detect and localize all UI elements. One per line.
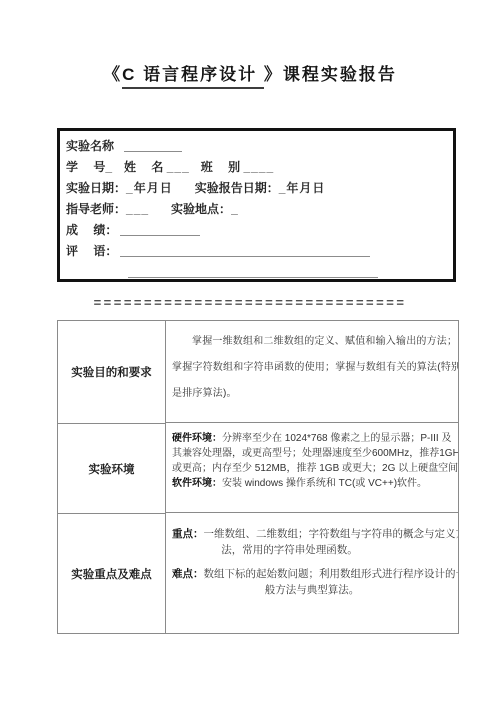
hardware-env-label: 硬件环境： xyxy=(172,433,222,444)
score-label: 成 绩： xyxy=(66,223,117,237)
comment-blank-line-2 xyxy=(128,264,378,278)
student-name-blank: ___ xyxy=(167,160,190,174)
environment-cell: 硬件环境：分辨率至少在 1024*768 像素之上的显示器；P-III 及 其兼… xyxy=(166,424,458,513)
experiment-detail-table: 实验目的和要求 掌握一维数组和二维数组的定义、赋值和输入输出的方法； 掌握字符数… xyxy=(57,320,459,634)
comment-label: 评 语： xyxy=(66,244,117,258)
report-info-box: 实验名称 学 号_姓 名 ___班 别 ____ 实验日期：_年月日实验报告日期… xyxy=(57,128,456,282)
purpose-line-2: 掌握字符数组和字符串函数的使用；掌握与数组有关的算法(特别 xyxy=(172,355,452,381)
title-prefix: 《 xyxy=(103,65,122,84)
experiment-date-value: _年月日 xyxy=(126,181,173,195)
hardware-line-2: 其兼容处理器，或更高型号；处理器速度至少600MHz，推荐1GHz xyxy=(172,446,452,461)
title-course-name: C 语言程序设计 xyxy=(122,65,264,89)
form-line-comment: 评 语： xyxy=(66,241,445,262)
purpose-cell: 掌握一维数组和二维数组的定义、赋值和输入输出的方法； 掌握字符数组和字符串函数的… xyxy=(166,321,458,423)
difficulty-text-1: 数组下标的起始数问题；利用数组形式进行程序设计的一 xyxy=(204,569,459,580)
keypoints-cell: 重点：一维数组、二维数组；字符数组与字符串的概念与定义方 法，常用的字符串处理函… xyxy=(166,514,458,633)
form-line-score: 成 绩： xyxy=(66,220,445,241)
form-line-student-info: 学 号_姓 名 ___班 别 ____ xyxy=(66,157,445,178)
keypoint-line-2: 法，常用的字符串处理函数。 xyxy=(172,543,452,559)
row-header-purpose: 实验目的和要求 xyxy=(58,321,166,424)
software-text: 安装 windows 操作系统和 TC(或 VC++)软件。 xyxy=(222,478,427,489)
purpose-line-3: 是排序算法)。 xyxy=(172,381,452,407)
class-label: 班 别 xyxy=(201,160,240,174)
equals-divider: =============================== xyxy=(0,295,500,310)
student-name-label: 姓 名 xyxy=(124,160,163,174)
teacher-blank: ___ xyxy=(126,202,149,216)
report-date-label: 实验报告日期： xyxy=(195,181,279,195)
report-date-value: _年月日 xyxy=(279,181,326,195)
difficulty-block: 难点：数组下标的起始数问题；利用数组形式进行程序设计的一 般方法与典型算法。 xyxy=(172,567,452,599)
student-id-label: 学 号 xyxy=(66,160,105,174)
experiment-date-label: 实验日期： xyxy=(66,181,126,195)
title-suffix: 》课程实验报告 xyxy=(264,65,397,84)
comment-blank-line-1 xyxy=(120,243,370,257)
difficulty-line-1: 难点：数组下标的起始数问题；利用数组形式进行程序设计的一 xyxy=(172,567,452,583)
row-header-environment: 实验环境 xyxy=(58,424,166,514)
page-title: 《C 语言程序设计 》课程实验报告 xyxy=(0,60,500,85)
form-line-experiment-name: 实验名称 xyxy=(66,136,445,157)
software-line: 软件环境：安装 windows 操作系统和 TC(或 VC++)软件。 xyxy=(172,476,452,491)
teacher-label: 指导老师： xyxy=(66,202,126,216)
software-env-label: 软件环境： xyxy=(172,478,222,489)
experiment-name-blank-line xyxy=(124,138,182,152)
hardware-line-3: 或更高；内存至少 512MB，推荐 1GB 或更大；2G 以上硬盘空间。 xyxy=(172,461,452,476)
report-page: 《C 语言程序设计 》课程实验报告 实验名称 学 号_姓 名 ___班 别 __… xyxy=(0,0,500,707)
form-line-teacher-location: 指导老师：___实验地点：_ xyxy=(66,199,445,220)
keypoint-line-1: 重点：一维数组、二维数组；字符数组与字符串的概念与定义方 xyxy=(172,527,452,543)
location-blank: _ xyxy=(231,202,239,216)
location-label: 实验地点： xyxy=(171,202,231,216)
purpose-line-1: 掌握一维数组和二维数组的定义、赋值和输入输出的方法； xyxy=(172,329,452,355)
difficulty-label: 难点： xyxy=(172,569,204,580)
form-line-comment-2 xyxy=(66,262,445,283)
score-blank-line xyxy=(120,222,200,236)
student-id-blank: _ xyxy=(105,160,113,174)
experiment-name-label: 实验名称 xyxy=(66,139,114,153)
row-header-keypoints: 实验重点及难点 xyxy=(58,514,166,633)
keypoint-block: 重点：一维数组、二维数组；字符数组与字符串的概念与定义方 法，常用的字符串处理函… xyxy=(172,527,452,559)
keypoint-label: 重点： xyxy=(172,529,204,540)
keypoint-text-1: 一维数组、二维数组；字符数组与字符串的概念与定义方 xyxy=(204,529,459,540)
hardware-line-1: 硬件环境：分辨率至少在 1024*768 像素之上的显示器；P-III 及 xyxy=(172,431,452,446)
class-blank: ____ xyxy=(243,160,274,174)
form-line-dates: 实验日期：_年月日实验报告日期：_年月日 xyxy=(66,178,445,199)
difficulty-line-2: 般方法与典型算法。 xyxy=(172,583,452,599)
hardware-text-1: 分辨率至少在 1024*768 像素之上的显示器；P-III 及 xyxy=(222,433,452,444)
